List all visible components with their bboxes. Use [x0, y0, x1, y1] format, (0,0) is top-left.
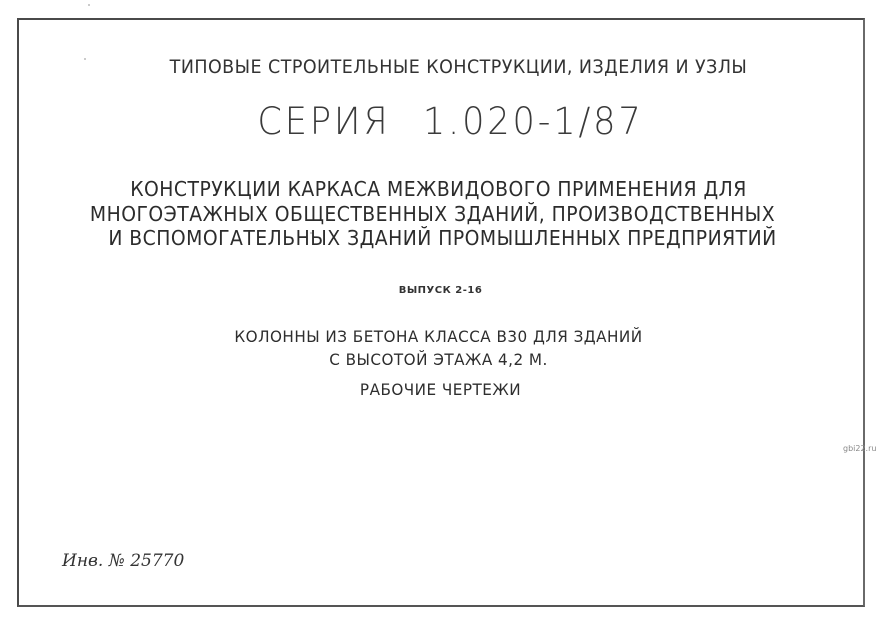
- header-text: ТИПОВЫЕ СТРОИТЕЛЬНЫЕ КОНСТРУКЦИИ, ИЗДЕЛИ…: [55, 56, 862, 78]
- series-title: СЕРИЯ1.020-1/87: [34, 100, 867, 143]
- inventory-number: Инв. № 25770: [62, 551, 184, 571]
- subtitle-line-2: С ВЫСОТОЙ ЭТАЖА 4,2 М.: [22, 350, 855, 369]
- series-label: СЕРИЯ: [257, 100, 390, 143]
- title-line-1: КОНСТРУКЦИИ КАРКАСА МЕЖВИДОВОГО ПРИМЕНЕН…: [26, 177, 850, 201]
- subtitle-line-1: КОЛОННЫ ИЗ БЕТОНА КЛАССА В30 ДЛЯ ЗДАНИЙ: [22, 327, 855, 346]
- title-line-3: И ВСПОМОГАТЕЛЬНЫХ ЗДАНИЙ ПРОМЫШЛЕННЫХ ПР…: [30, 226, 854, 250]
- title-line-2: МНОГОЭТАЖНЫХ ОБЩЕСТВЕННЫХ ЗДАНИЙ, ПРОИЗВ…: [20, 202, 844, 226]
- scan-speck: [84, 58, 86, 60]
- issue-number: ВЫПУСК 2-16: [2, 285, 877, 296]
- scan-speck: [88, 4, 90, 6]
- watermark: gbi22.ru: [843, 444, 876, 453]
- document-type: РАБОЧИЕ ЧЕРТЕЖИ: [24, 380, 857, 399]
- series-number: 1.020-1/87: [423, 100, 644, 143]
- scan-speck: [310, 232, 312, 234]
